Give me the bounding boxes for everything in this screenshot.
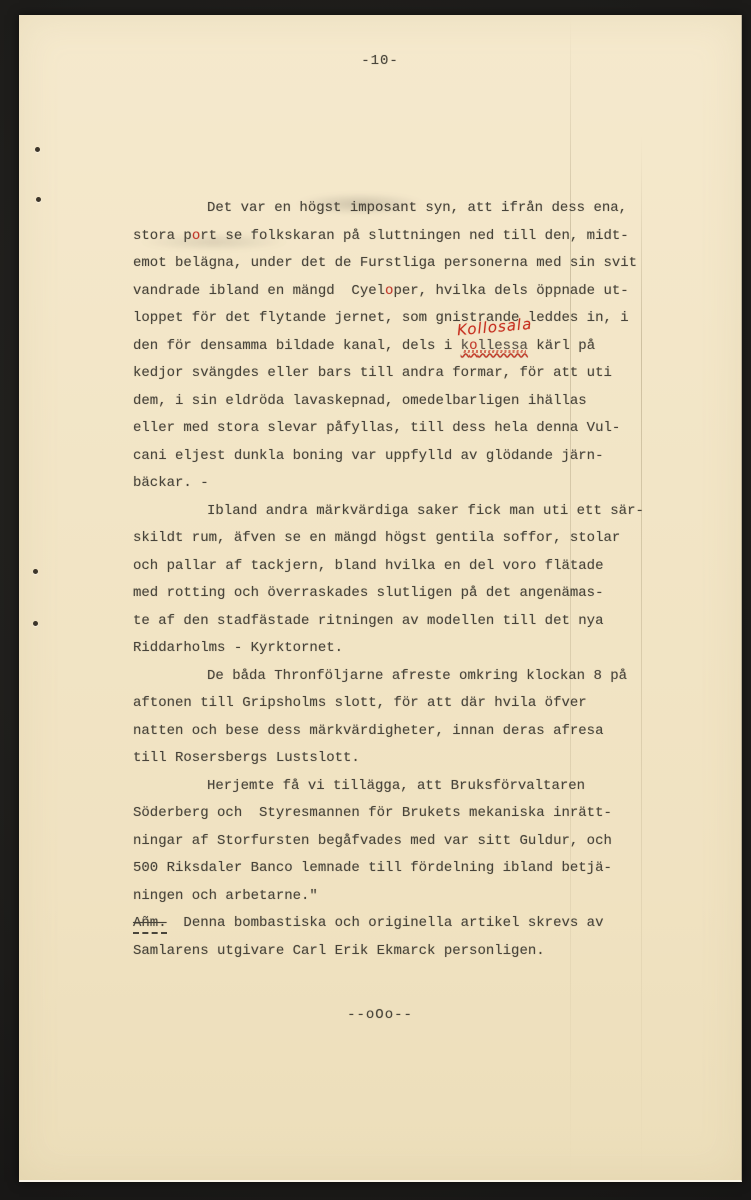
- text-segment: 500 Riksdaler Banco lemnade till fördeln…: [133, 860, 612, 876]
- text-line: Det var en högst imposant syn, att ifrån…: [133, 195, 653, 223]
- text-line: 500 Riksdaler Banco lemnade till fördeln…: [133, 855, 653, 883]
- text-line: te af den stadfästade ritningen av model…: [133, 608, 653, 636]
- text-segment: skildt rum, äfven se en mängd högst gent…: [133, 530, 620, 546]
- typewritten-text-block: Det var en högst imposant syn, att ifrån…: [133, 195, 653, 965]
- red-typed-letter: o: [192, 228, 200, 244]
- text-line: aftonen till Gripsholms slott, för att d…: [133, 690, 653, 718]
- footer-ornament: --oOo--: [19, 1007, 741, 1023]
- text-segment: vandrade ibland en mängd Cyel: [133, 283, 385, 299]
- text-segment: natten och bese dess märkvärdigheter, in…: [133, 723, 603, 739]
- text-line: De båda Thronföljarne afreste omkring kl…: [133, 663, 653, 691]
- text-line: och pallar af tackjern, bland hvilka en …: [133, 553, 653, 581]
- text-segment: cani eljest dunkla boning var uppfylld a…: [133, 448, 603, 464]
- text-line: bäckar. -: [133, 470, 653, 498]
- text-line: stora port se folkskaran på sluttningen …: [133, 223, 653, 251]
- text-segment: Söderberg och Styresmannen för Brukets m…: [133, 805, 612, 821]
- document-page: -10- Det var en högst imposant syn, att …: [19, 15, 742, 1182]
- text-segment: till Rosersbergs Lustslott.: [133, 750, 360, 766]
- text-segment: aftonen till Gripsholms slott, för att d…: [133, 695, 587, 711]
- misspelled-word: kollessaKollosala: [461, 338, 528, 354]
- text-line: Herjemte få vi tillägga, att Bruksförval…: [133, 773, 653, 801]
- text-segment: per, hvilka dels öppnade ut-: [393, 283, 628, 299]
- text-line: cani eljest dunkla boning var uppfylld a…: [133, 443, 653, 471]
- text-segment: Samlarens utgivare Carl Erik Ekmarck per…: [133, 943, 545, 959]
- text-segment: loppet för det flytande jernet, som gnis…: [133, 310, 629, 326]
- text-segment: ningar af Storfursten begåfvades med var…: [133, 833, 612, 849]
- handwritten-annotation: Kollosala: [456, 316, 532, 338]
- page-number: -10-: [19, 53, 741, 69]
- pinhole-mark: [35, 147, 40, 152]
- text-segment: te af den stadfästade ritningen av model…: [133, 613, 603, 629]
- text-line: Söderberg och Styresmannen för Brukets m…: [133, 800, 653, 828]
- text-line: loppet för det flytande jernet, som gnis…: [133, 305, 653, 333]
- text-segment: k: [461, 338, 469, 354]
- text-segment: rt se folkskaran på sluttningen ned till…: [200, 228, 628, 244]
- text-line: emot belägna, under det de Furstliga per…: [133, 250, 653, 278]
- text-line: vandrade ibland en mängd Cyeloper, hvilk…: [133, 278, 653, 306]
- text-segment: bäckar. -: [133, 475, 209, 491]
- text-segment: eller med stora slevar påfyllas, till de…: [133, 420, 620, 436]
- text-line: natten och bese dess märkvärdigheter, in…: [133, 718, 653, 746]
- text-segment: ningen och arbetarne.": [133, 888, 318, 904]
- text-line: ningar af Storfursten begåfvades med var…: [133, 828, 653, 856]
- text-line: Samlarens utgivare Carl Erik Ekmarck per…: [133, 938, 653, 966]
- text-segment: llessa: [477, 338, 527, 354]
- text-segment: De båda Thronföljarne afreste omkring kl…: [207, 668, 627, 684]
- text-segment: med rotting och överraskades slutligen p…: [133, 585, 603, 601]
- text-segment: kedjor svängdes eller bars till andra fo…: [133, 365, 612, 381]
- pinhole-mark: [33, 621, 38, 626]
- pinhole-mark: [36, 197, 41, 202]
- text-line: den för densamma bildade kanal, dels i k…: [133, 333, 653, 361]
- anm-abbreviation: Añm.: [133, 915, 167, 934]
- pinhole-mark: [33, 569, 38, 574]
- text-line: Riddarholms - Kyrktornet.: [133, 635, 653, 663]
- text-line: kedjor svängdes eller bars till andra fo…: [133, 360, 653, 388]
- text-segment: Denna bombastiska och originella artikel…: [167, 915, 604, 931]
- text-segment: Ibland andra märkvärdiga saker fick man …: [207, 503, 644, 519]
- text-line: skildt rum, äfven se en mängd högst gent…: [133, 525, 653, 553]
- text-segment: dem, i sin eldröda lavaskepnad, omedelba…: [133, 393, 587, 409]
- text-segment: kärl på: [528, 338, 595, 354]
- text-segment: Herjemte få vi tillägga, att Bruksförval…: [207, 778, 585, 794]
- text-segment: stora p: [133, 228, 192, 244]
- text-segment: Det var en högst imposant syn, att ifrån…: [207, 200, 627, 216]
- text-line: eller med stora slevar påfyllas, till de…: [133, 415, 653, 443]
- text-line: Ibland andra märkvärdiga saker fick man …: [133, 498, 653, 526]
- text-line: ningen och arbetarne.": [133, 883, 653, 911]
- text-segment: Riddarholms - Kyrktornet.: [133, 640, 343, 656]
- text-line: Añm. Denna bombastiska och originella ar…: [133, 910, 653, 938]
- text-line: dem, i sin eldröda lavaskepnad, omedelba…: [133, 388, 653, 416]
- text-segment: den för densamma bildade kanal, dels i: [133, 338, 461, 354]
- text-line: med rotting och överraskades slutligen p…: [133, 580, 653, 608]
- text-segment: emot belägna, under det de Furstliga per…: [133, 255, 637, 271]
- text-line: till Rosersbergs Lustslott.: [133, 745, 653, 773]
- text-segment: och pallar af tackjern, bland hvilka en …: [133, 558, 603, 574]
